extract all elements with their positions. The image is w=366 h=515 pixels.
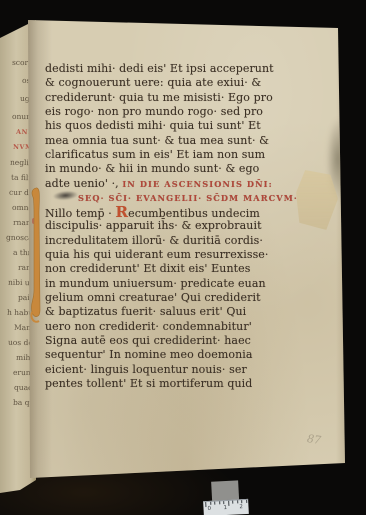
color-scale-target: 012 — [202, 479, 250, 515]
text-line: gelium omni creaturae' Qui crediderit — [45, 291, 329, 305]
ruler-tick — [205, 502, 206, 507]
body-text: sequentur' In nomine meo doemonia — [45, 348, 253, 361]
ruler-tick — [223, 501, 224, 504]
rubric-text: IN DIE ASCENSIONIS DN̄I: — [122, 179, 272, 189]
text-line: eis rogo· non pro mundo rogo· sed pro — [45, 105, 329, 119]
manuscript-page: dedisti mihi· dedi eis' Et ipsi acceperu… — [26, 20, 346, 478]
ruler-label: 1 — [223, 505, 227, 511]
ruler-tick — [237, 500, 238, 503]
rubric-text: SEQ· SC̄I· EVANGELII· SC̄DM MARCVM· — [78, 193, 298, 203]
body-text: & cognouerunt uere: quia ate exiui· & — [45, 76, 261, 89]
text-line: uero non crediderit· condemnabitur' — [45, 320, 329, 334]
body-text: mea omnia tua sunt· & tua mea sunt· & — [45, 134, 269, 147]
text-line: in mundum uniuersum· predicate euan — [45, 277, 329, 291]
body-text: gelium omni creaturae' Qui crediderit — [45, 291, 261, 304]
body-text: Signa autē eos qui crediderint· haec — [45, 334, 251, 347]
text-line: mea omnia tua sunt· & tua mea sunt· & — [45, 134, 329, 148]
edge-text-fragment: h habu — [7, 308, 33, 317]
text-line: in mundo· & hii in mundo sunt· & ego — [45, 162, 329, 176]
folio-number: 87 — [306, 432, 322, 447]
text-line: discipulis· apparuit ih̄s· & exprobrauit — [45, 219, 329, 233]
text-line: non crediderunt' Et dixit eis' Euntes — [45, 262, 329, 276]
body-text: eis rogo· non pro mundo rogo· sed pro — [45, 105, 263, 118]
text-line: quia his qui uiderant eum resurrexisse· — [45, 248, 329, 262]
body-text: incredulitatem illorū· & duritiā cordis· — [45, 234, 263, 247]
text-line: crediderunt· quia tu me misisti· Ego pro — [45, 91, 329, 105]
body-text: adte uenio' ·, — [45, 177, 122, 190]
ruler-tick — [228, 501, 229, 506]
text-line: dedisti mihi· dedi eis' Et ipsi acceperu… — [45, 62, 329, 76]
body-text: eicient· linguis loquentur nouis· ser — [45, 363, 247, 376]
manuscript-photo: scorpostugsonumANLNVMneglista filiicur d… — [0, 0, 366, 515]
text-line: his quos dedisti mihi· quia tui sunt' Et — [45, 119, 329, 133]
body-text: his quos dedisti mihi· quia tui sunt' Et — [45, 119, 261, 132]
body-text: discipulis· apparuit ih̄s· & exprobrauit — [45, 219, 262, 232]
body-text: quia his qui uiderant eum resurrexisse· — [45, 248, 269, 261]
body-text: & baptizatus fuerit· saluus erit' Qui — [45, 305, 246, 318]
text-line: Signa autē eos qui crediderint· haec — [45, 334, 329, 348]
ruler-ticks — [203, 500, 248, 502]
text-line: SEQ· SC̄I· EVANGELII· SC̄DM MARCVM· — [45, 191, 329, 205]
ruler-tick — [246, 500, 247, 503]
ruler: 012 — [203, 499, 249, 515]
ruler-tick — [210, 502, 211, 505]
text-line: incredulitatem illorū· & duritiā cordis· — [45, 234, 329, 248]
text-line: adte uenio' ·, IN DIE ASCENSIONIS DN̄I: — [45, 177, 329, 191]
text-line: Nillo temp̄ · Recumbentibus undecim — [45, 205, 329, 219]
body-text: non crediderunt' Et dixit eis' Euntes — [45, 262, 251, 275]
ruler-label: 0 — [207, 506, 211, 512]
ruler-label: 2 — [239, 504, 243, 510]
gray-patch — [211, 480, 239, 500]
text-line: & cognouerunt uere: quia ate exiui· & — [45, 76, 329, 90]
body-text: pentes tollent' Et si mortiferum quid — [45, 377, 252, 390]
text-block: dedisti mihi· dedi eis' Et ipsi acceperu… — [45, 62, 329, 391]
text-line: sequentur' In nomine meo doemonia — [45, 348, 329, 362]
edge-text-fragment: uos de — [8, 338, 33, 347]
ruler-tick — [232, 501, 233, 504]
text-line: clarificatus sum in eis' Et iam non sum — [45, 148, 329, 162]
body-text: dedisti mihi· dedi eis' Et ipsi acceperu… — [45, 62, 274, 75]
body-text: clarificatus sum in eis' Et iam non sum — [45, 148, 265, 161]
body-text: in mundum uniuersum· predicate euan — [45, 277, 266, 290]
text-line: & baptizatus fuerit· saluus erit' Qui — [45, 305, 329, 319]
ruler-tick — [214, 502, 215, 505]
ruler-tick — [241, 500, 242, 503]
text-line: eicient· linguis loquentur nouis· ser — [45, 363, 329, 377]
body-text: uero non crediderit· condemnabitur' — [45, 320, 252, 333]
text-line: pentes tollent' Et si mortiferum quid — [45, 377, 329, 391]
body-text: crediderunt· quia tu me misisti· Ego pro — [45, 91, 273, 104]
decorated-initial-I — [28, 186, 44, 326]
ruler-tick — [219, 501, 220, 504]
body-text: in mundo· & hii in mundo sunt· & ego — [45, 162, 259, 175]
